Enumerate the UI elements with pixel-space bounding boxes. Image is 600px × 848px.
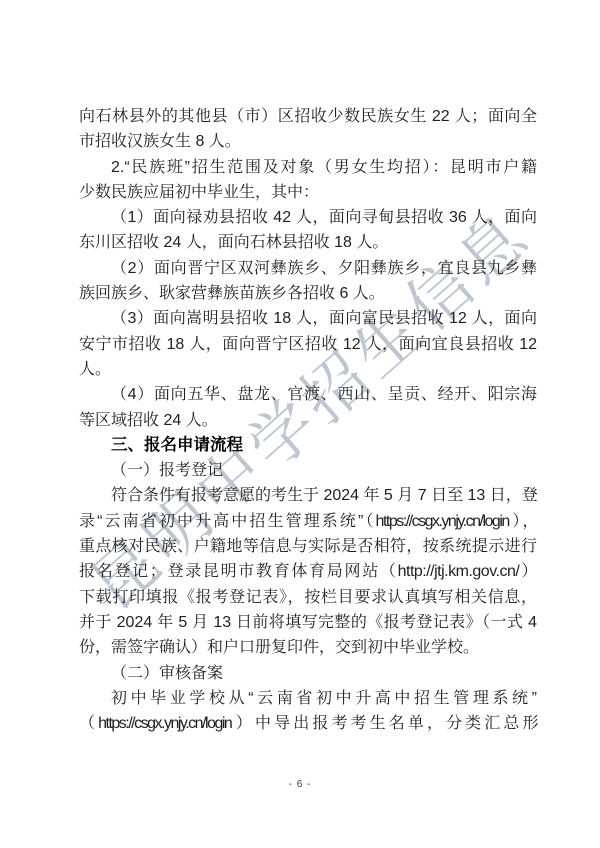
text-line: （3）面向嵩明县招收 18 人，面向富民县招收 12 人，面向	[79, 306, 537, 331]
text-line: 安宁市招收 18 人，面向晋宁区招收 12 人，面向宜良县招收 12	[79, 332, 537, 357]
text-line: 并于 2024 年 5 月 13 日前将填写完整的《报考登记表》（一式 4	[79, 610, 537, 635]
subsection-heading: （一）报考登记	[79, 458, 537, 483]
text-line: 初中毕业学校从“云南省初中升高中招生管理系统”	[79, 686, 537, 711]
text-line: 东川区招收 24 人，面向石林县招收 18 人。	[79, 230, 537, 255]
text-line: （https://csgx.ynjy.cn/login）中导出报考考生名单，分类…	[79, 711, 537, 736]
document-page: 昆明中学招生信息 向石林县外的其他县（市）区招收少数民族女生 22 人；面向全 …	[0, 0, 600, 848]
text-line: （4）面向五华、盘龙、官渡、西山、呈贡、经开、阳宗海	[79, 382, 537, 407]
text-line: 份，需签字确认）和户口册复印件，交到初中毕业学校。	[79, 635, 537, 660]
text-line: 少数民族应届初中毕业生，其中：	[79, 180, 537, 205]
text-line: 录“云南省初中升高中招生管理系统”（https://csgx.ynjy.cn/l…	[79, 509, 537, 534]
text-line: 向石林县外的其他县（市）区招收少数民族女生 22 人；面向全	[79, 104, 537, 129]
text-line: 族回族乡、耿家营彝族苗族乡各招收 6 人。	[79, 281, 537, 306]
text-line: 等区域招收 24 人。	[79, 408, 537, 433]
text-line: （1）面向禄劝县招收 42 人，面向寻甸县招收 36 人，面向	[79, 205, 537, 230]
section-heading: 三、报名申请流程	[79, 433, 537, 458]
text-line: 人。	[79, 357, 537, 382]
text-line: （2）面向晋宁区双河彝族乡、夕阳彝族乡，宜良县九乡彝	[79, 256, 537, 281]
text-line: 市招收汉族女生 8 人。	[79, 129, 537, 154]
document-body: 向石林县外的其他县（市）区招收少数民族女生 22 人；面向全 市招收汉族女生 8…	[79, 104, 537, 736]
text-line: 报名登记；登录昆明市教育体育局网站（http://jtj.km.gov.cn/）	[79, 559, 537, 584]
page-number: - 6 -	[0, 779, 600, 790]
text-line: 下载打印填报《报考登记表》，按栏目要求认真填写相关信息，	[79, 585, 537, 610]
text-line: 2.“民族班”招生范围及对象（男女生均招）：昆明市户籍	[79, 155, 537, 180]
text-line: 重点核对民族、户籍地等信息与实际是否相符，按系统提示进行	[79, 534, 537, 559]
subsection-heading: （二）审核备案	[79, 661, 537, 686]
text-line: 符合条件有报考意愿的考生于 2024 年 5 月 7 日至 13 日，登	[79, 483, 537, 508]
